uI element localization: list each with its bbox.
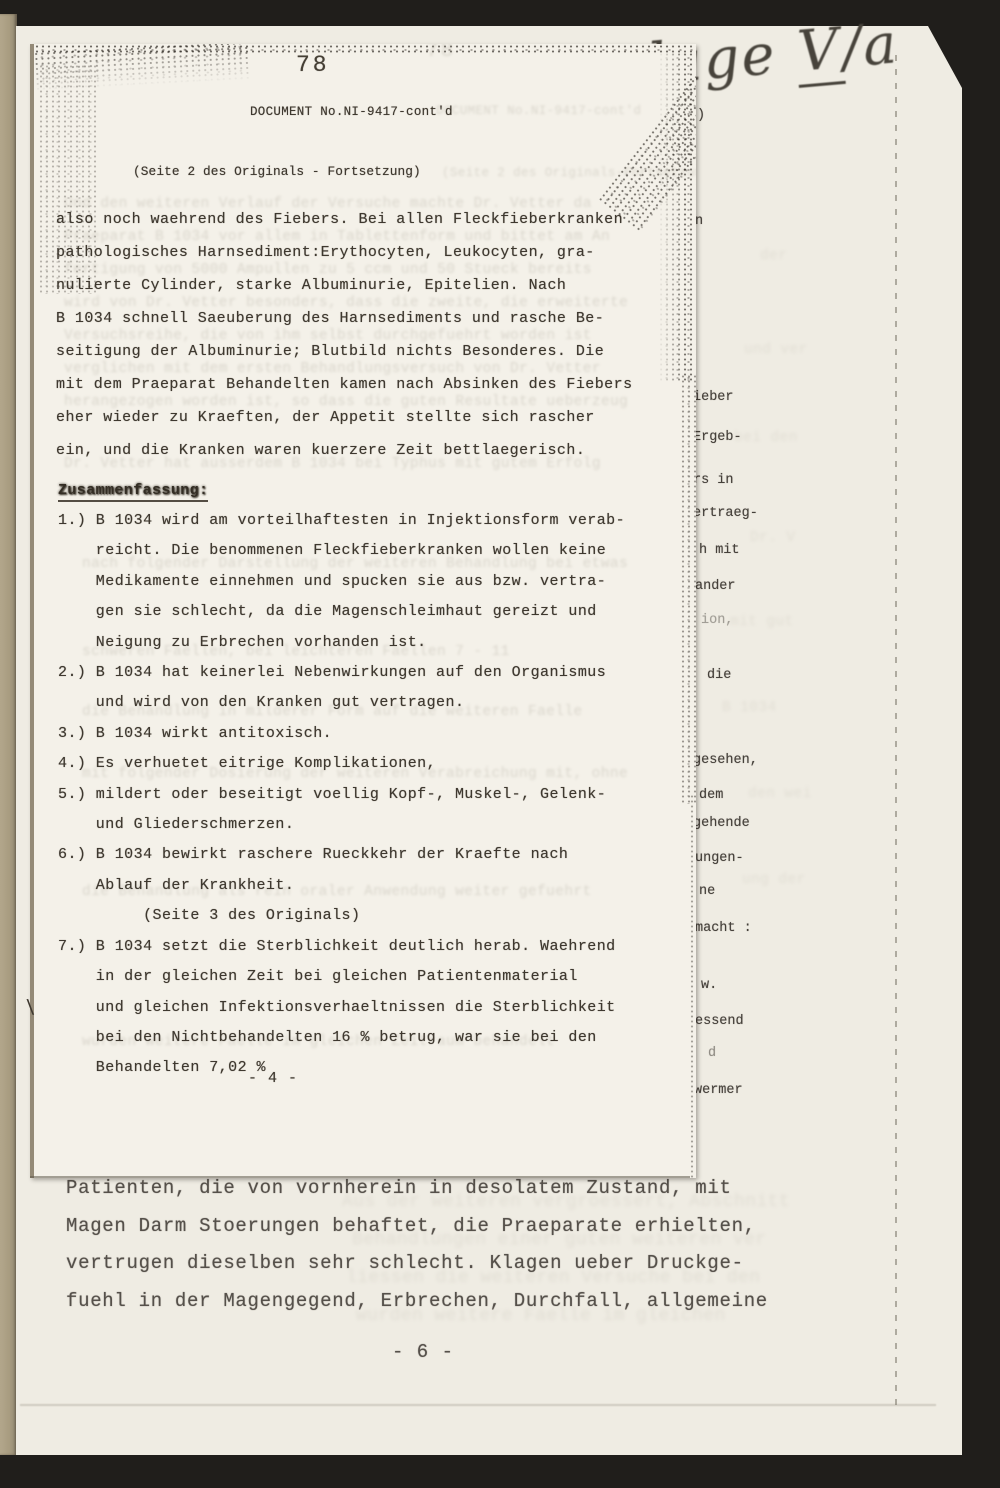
corner-cut	[928, 26, 962, 88]
ghost-page-number: 78	[426, 44, 455, 63]
body-paragraph: also noch waehrend des Fiebers. Bei alle…	[56, 203, 633, 467]
page-footer: - 4 -	[248, 1070, 298, 1087]
ghost-line: und ver	[744, 342, 808, 358]
fragment-ne: ne	[699, 884, 715, 899]
fragment-paren: )	[697, 108, 705, 123]
ghost-line: B 1034	[722, 700, 777, 716]
fragment-w: w.	[701, 978, 717, 993]
ghost-line: ung der	[742, 872, 806, 888]
fragment-ertraeg: ertraeg-	[693, 506, 758, 521]
fragment-die: die	[707, 668, 731, 683]
binding-edge	[0, 14, 17, 1455]
ghost-line: mit gut	[730, 614, 794, 630]
fragment-ion: ion,	[701, 613, 733, 628]
fragment-gesehen: gesehen,	[693, 753, 758, 768]
fragment-h-mit: h mit	[699, 543, 740, 558]
torn-edge-right	[689, 794, 696, 1178]
scanned-document-photo: der und ver bei den Dr. V mit gut B 1034…	[0, 0, 1000, 1488]
crease-line	[20, 1404, 936, 1406]
fragment-essend: essend	[695, 1014, 744, 1029]
ghost-doc-header: DOCUMENT No.NI-9417-cont'd	[436, 104, 641, 118]
ghost-seite-note: (Seite 2 des Originals-Fortsetzung)	[442, 166, 696, 180]
annotation-roman-numeral: V	[793, 16, 845, 88]
fragment-gehende: gehende	[693, 816, 750, 831]
fragment-macht: macht :	[695, 921, 752, 936]
seite-2-note: (Seite 2 des Originals - Fortsetzung)	[133, 164, 421, 179]
summary-heading: Zusammenfassung:	[58, 482, 208, 502]
torn-edge-right	[658, 52, 696, 382]
bottom-page-number: - 6 -	[392, 1341, 454, 1363]
fold-line	[895, 55, 897, 1407]
torn-edge-right	[680, 374, 696, 804]
bottom-paragraph: Patienten, die von vornherein in desolat…	[66, 1170, 768, 1320]
page-number: 78	[296, 52, 330, 78]
fragment-dem: dem	[699, 788, 723, 803]
document-header: DOCUMENT No.NI-9417-cont'd	[250, 105, 453, 119]
ghost-line: den wei	[748, 786, 812, 802]
fragment-ergeb: Ergeb-	[693, 430, 742, 445]
annotation-suffix: /a	[839, 11, 901, 81]
ghost-line: bei den	[734, 430, 798, 446]
fragment-ander: ander	[695, 579, 736, 594]
fragment-ungen: ungen-	[695, 851, 744, 866]
fragment-d: d	[708, 1046, 716, 1061]
top-page: 78 DOCUMENT No.NI-9417-cont'd (Seite 2 d…	[30, 44, 696, 1178]
fragment-wermer: wermer	[694, 1083, 743, 1098]
ghost-line: der	[760, 248, 787, 264]
top-page-bottom-edge	[30, 1176, 690, 1178]
fragment-rs-in: rs in	[693, 473, 734, 488]
ghost-line: Dr. V	[750, 530, 796, 546]
summary-list: 1.) B 1034 wird am vorteilhaftesten in I…	[58, 506, 625, 1084]
fragment-n: n	[695, 214, 703, 229]
fragment-ieber: ieber	[693, 390, 734, 405]
